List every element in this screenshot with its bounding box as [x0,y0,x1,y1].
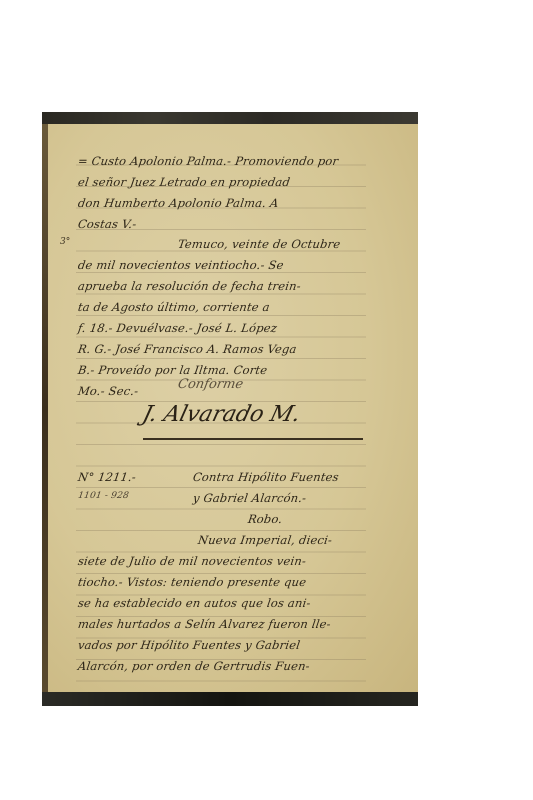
entry1-line-4: Costas V.- [77,217,379,231]
signature-underline [143,438,363,440]
entry1-line-8: ta de Agosto último, corriente a [77,300,379,314]
entry2-caption-1: Contra Hipólito Fuentes [192,470,364,484]
entry1-line-7: aprueba la resolución de fecha trein- [77,279,379,293]
entry1-line-2: el señor Juez Letrado en propiedad [77,175,379,189]
signature: J. Alvarado M. [140,402,316,427]
margin-mark-left: 3° [60,237,70,247]
entry2-caption-3: Robo. [247,512,329,526]
entry2-body-4: se ha establecido en autos que los ani- [77,596,379,610]
entry2-body-5: males hurtados a Selín Alvarez fueron ll… [77,617,379,631]
entry1-line-9: f. 18.- Devuélvase.- José L. López [77,321,379,335]
photo-top-edge [42,112,418,124]
entry2-body-6: vados por Hipólito Fuentes y Gabriel [77,638,379,652]
entry1-line-5: Temuco, veinte de Octubre [177,237,418,251]
entry2-body-1: Nueva Imperial, dieci- [197,533,418,547]
photo-bottom-edge [42,692,418,706]
entry2-number: N° 1211.- [77,470,169,484]
entry2-body-3: tiocho.- Vistos: teniendo presente que [77,575,379,589]
entry2-body-2: siete de Julio de mil novecientos vein- [77,554,379,568]
entry1-line-10: R. G.- José Francisco A. Ramos Vega [77,342,379,356]
entry1-line-1: = Custo Apolonio Palma.- Promoviendo por [77,154,379,168]
entry2-subnumber: 1101 - 928 [77,491,168,501]
entry1-line-6: de mil novecientos veintiocho.- Se [77,258,379,272]
conforme-note: Conforme [177,377,245,392]
entry1-line-3: don Humberto Apolonio Palma. A [77,196,379,210]
entry2-body-7: Alarcón, por orden de Gertrudis Fuen- [77,659,379,673]
document-photo: = Custo Apolonio Palma.- Promoviendo por… [42,112,418,706]
entry1-line-11: B.- Proveído por la Iltma. Corte [77,363,379,377]
entry2-caption-2: y Gabriel Alarcón.- [192,491,364,505]
ledger-page: = Custo Apolonio Palma.- Promoviendo por… [48,124,418,692]
